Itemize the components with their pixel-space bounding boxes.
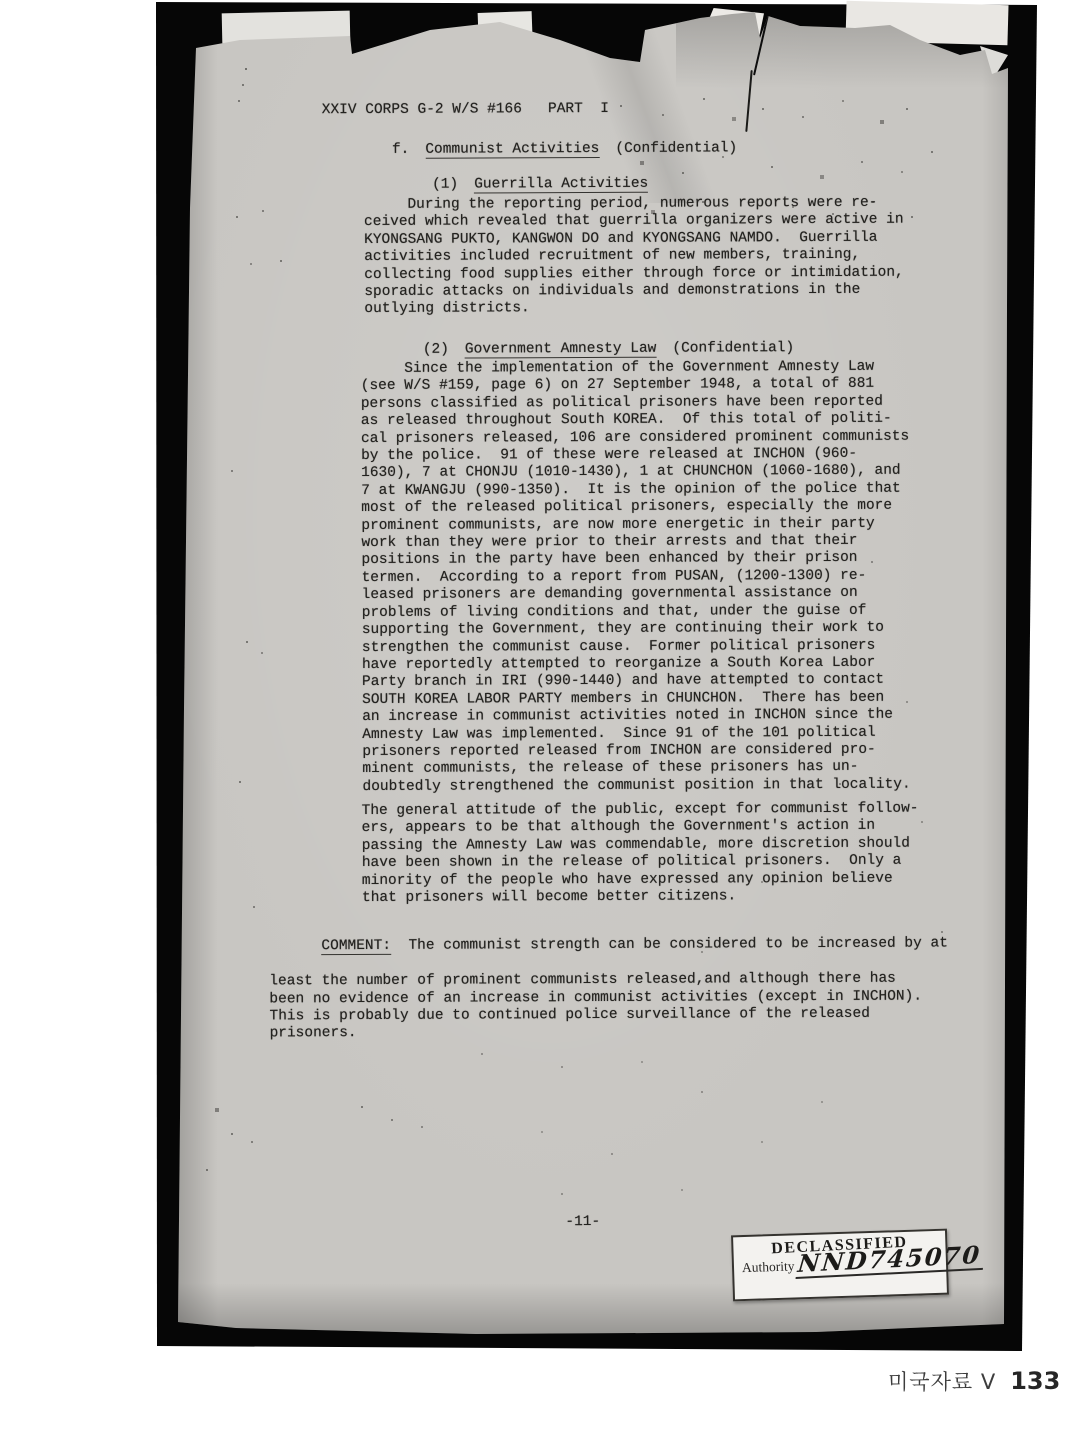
stamp-authority-label: Authority xyxy=(742,1258,795,1276)
section-f-label: f. xyxy=(392,142,409,158)
declassified-stamp: DECLASSIFIED Authority NND745070 xyxy=(731,1229,949,1302)
comment-first-line: The communist strength can be considered… xyxy=(391,936,948,954)
footer-series-label: 미국자료 V xyxy=(888,1366,996,1396)
public-attitude-paragraph: The general attitude of the public, exce… xyxy=(362,801,919,908)
report-header-text: XXIV CORPS G-2 W/S #166 PART I xyxy=(322,101,609,118)
book-footer: 미국자료 V 133 xyxy=(888,1366,1060,1396)
comment-label: COMMENT: xyxy=(321,938,391,955)
typewritten-content: XXIV CORPS G-2 W/S #166 PART I f.Communi… xyxy=(173,6,1011,1340)
amnesty-label: (2) xyxy=(423,342,449,358)
guerrilla-title: Guerrilla Activities xyxy=(474,176,648,194)
section-f-classification: (Confidential) xyxy=(615,141,737,158)
guerrilla-paragraph: During the reporting period, numerous re… xyxy=(364,195,904,319)
guerrilla-label: (1) xyxy=(432,177,458,193)
section-f-title: Communist Activities xyxy=(425,141,599,159)
comment-body: least the number of prominent communists… xyxy=(269,971,948,1044)
comment-paragraph: COMMENT: The communist strength can be c… xyxy=(269,918,948,1078)
page-number: -11- xyxy=(565,1214,600,1232)
footer-page-number: 133 xyxy=(1010,1367,1060,1395)
amnesty-paragraph: Since the implementation of the Governme… xyxy=(361,359,911,797)
amnesty-classification: (Confidential) xyxy=(672,341,794,358)
document-page: XXIV CORPS G-2 W/S #166 PART I f.Communi… xyxy=(176,8,1008,1338)
amnesty-title: Government Amnesty Law xyxy=(465,341,657,359)
